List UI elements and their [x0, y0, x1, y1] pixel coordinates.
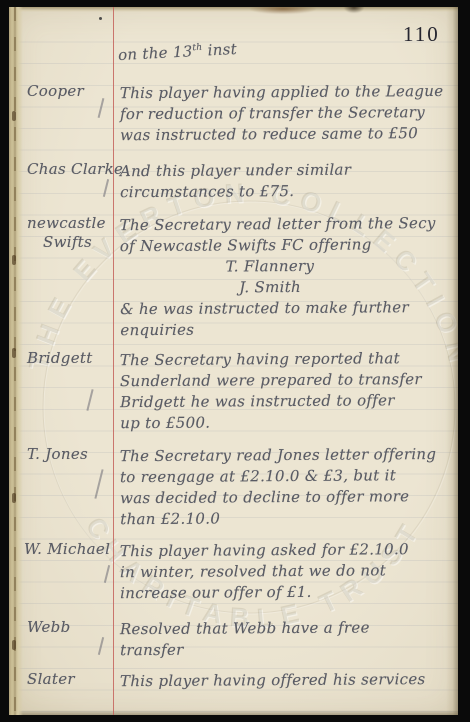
entry-line: up to £500. [120, 411, 458, 434]
entry-line: to reengage at £2.10.0 & £3, but it [120, 465, 458, 488]
entry-line: of Newcastle Swifts FC offering [120, 234, 458, 257]
entry-line: This player having offered his services [120, 669, 458, 692]
margin-name-line: newcastle [27, 214, 115, 233]
entry-line: circumstances to £75. [120, 180, 458, 203]
entry-line: increase our offer of £1. [120, 581, 458, 604]
margin-name: Slater [27, 670, 115, 689]
entry-line: Bridgett he was instructed to offer [120, 390, 458, 413]
stitch-knot [12, 348, 16, 358]
entry-line: transfer [120, 638, 458, 661]
margin-name: Webb [27, 618, 115, 637]
page-number: 110 [403, 22, 440, 47]
margin-name-line: Swifts [27, 233, 115, 252]
margin-name: Bridgett [27, 349, 115, 368]
minute-book-photo: THE EVERTON COLLECTION THE EVERTON COLLE… [0, 0, 470, 722]
ledger-page: THE EVERTON COLLECTION THE EVERTON COLLE… [9, 7, 458, 715]
continuation-text: inst [202, 40, 237, 60]
entry-line: was decided to decline to offer more [120, 486, 458, 509]
stitch-knot [12, 111, 16, 121]
stitch-knot [12, 640, 16, 650]
entry-line: Sunderland were prepared to transfer [120, 369, 458, 392]
entry-line: in winter, resolved that we do not [120, 560, 458, 583]
entry-line: The Secretary read letter from the Secy [120, 213, 458, 236]
entry-line-player-name: J. Smith [120, 276, 420, 299]
entry-line: enquiries [120, 318, 458, 341]
entry-line: The Secretary having reported that [120, 348, 458, 371]
margin-name: newcastle Swifts [27, 214, 115, 252]
entry-line-player-name: T. Flannery [120, 255, 420, 278]
continuation-superscript: th [192, 43, 203, 54]
entry-line: for reduction of transfer the Secretary [120, 102, 458, 125]
entry-line: & he was instructed to make further [120, 297, 458, 320]
margin-name: T. Jones [27, 445, 115, 464]
entry-line: Resolved that Webb have a free [120, 617, 458, 640]
margin-name: W. Michael [24, 540, 112, 559]
entry-line: was instructed to reduce same to £50 [120, 123, 458, 146]
stitch-knot [12, 493, 16, 503]
entry-line: This player having asked for £2.10.0 [120, 539, 458, 562]
entry-line: than £2.10.0 [120, 507, 458, 530]
entry-line: The Secretary read Jones letter offering [120, 444, 458, 467]
binding-edge [9, 7, 23, 715]
entry-line: This player having applied to the League [120, 81, 458, 104]
entry-line: And this player under similar [120, 159, 458, 182]
paper-bottom-edge [9, 710, 458, 715]
paper-top-edge [9, 7, 458, 12]
stitch-knot [12, 255, 16, 265]
margin-name: Chas Clarke [27, 160, 115, 179]
ink-speck [99, 17, 102, 20]
